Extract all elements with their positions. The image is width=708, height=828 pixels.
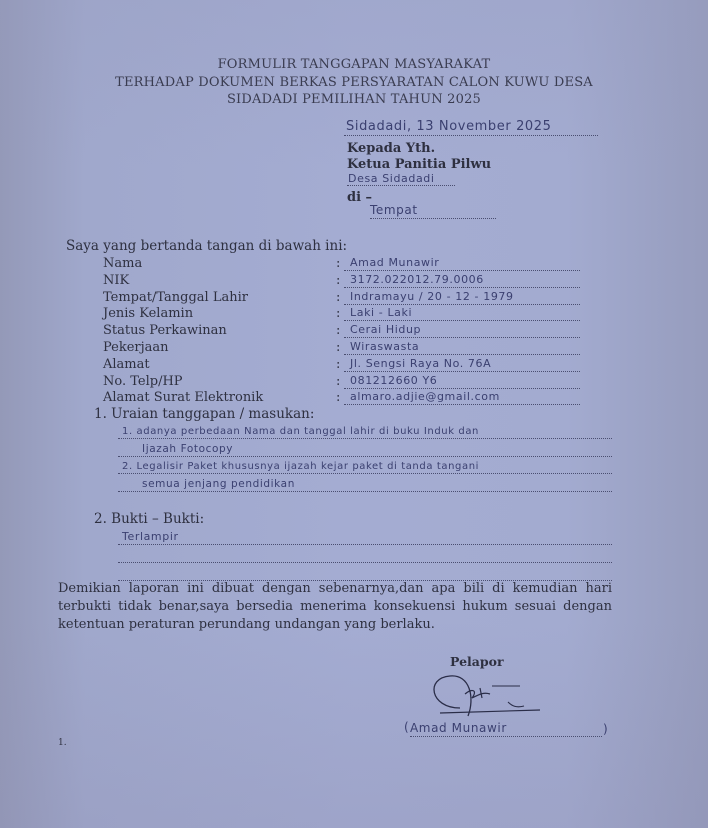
field-value-line: 081212660 Y6 — [344, 373, 580, 389]
field-value-line: almaro.adjie@gmail.com — [344, 389, 580, 405]
evidence-text: Terlampir — [122, 530, 179, 543]
field-label: Nama — [103, 256, 142, 271]
field-value-line: Laki - Laki — [344, 305, 580, 321]
field-value-line: 3172.022012.79.0006 — [344, 272, 580, 288]
bracket-open: ( — [404, 720, 409, 734]
desa-field: Desa Sidadadi — [347, 170, 455, 186]
kepada-label: Kepada Yth. — [347, 141, 435, 156]
field-colon: : — [336, 340, 340, 355]
field-value-line: Wiraswasta — [344, 339, 580, 355]
field-value: Jl. Sengsi Raya No. 76A — [350, 357, 491, 370]
di-label: di – — [347, 190, 372, 205]
page-number: 1. — [58, 738, 67, 748]
response-line: semua jenjang pendidikan — [118, 477, 612, 492]
field-colon: : — [336, 374, 340, 389]
desa-value: Desa Sidadadi — [348, 172, 435, 185]
field-label: NIK — [103, 273, 129, 288]
response-text: 2. Legalisir Paket khususnya ijazah keja… — [122, 461, 479, 472]
field-label: Pekerjaan — [103, 340, 169, 355]
field-value: 3172.022012.79.0006 — [350, 273, 484, 286]
response-line: 2. Legalisir Paket khususnya ijazah keja… — [118, 459, 612, 474]
response-text: semua jenjang pendidikan — [142, 478, 295, 490]
title-line-3: SIDADADI PEMILIHAN TAHUN 2025 — [0, 91, 708, 109]
response-line: 1. adanya perbedaan Nama dan tanggal lah… — [118, 424, 612, 439]
field-label: Status Perkawinan — [103, 323, 227, 338]
field-label: Alamat — [103, 357, 150, 372]
field-value: Wiraswasta — [350, 340, 419, 353]
field-value-line: Amad Munawir — [344, 255, 580, 271]
response-text: Ijazah Fotocopy — [142, 443, 233, 455]
title-line-2: TERHADAP DOKUMEN BERKAS PERSYARATAN CALO… — [0, 74, 708, 92]
field-colon: : — [336, 323, 340, 338]
field-label: Jenis Kelamin — [103, 306, 193, 321]
tempat-field: Tempat — [370, 203, 496, 219]
field-label: Tempat/Tanggal Lahir — [103, 290, 248, 305]
evidence-line — [118, 566, 612, 581]
place-date-field: Sidadadi, 13 November 2025 — [344, 117, 598, 136]
field-colon: : — [336, 256, 340, 271]
section1-heading: 1. Uraian tanggapan / masukan: — [94, 406, 314, 422]
section2-heading: 2. Bukti – Bukti: — [94, 511, 204, 527]
field-colon: : — [336, 273, 340, 288]
field-value-line: Indramayu / 20 - 12 - 1979 — [344, 289, 580, 305]
field-value: 081212660 Y6 — [350, 374, 437, 387]
field-value: Indramayu / 20 - 12 - 1979 — [350, 290, 514, 303]
pelapor-label: Pelapor — [450, 654, 504, 669]
closing-statement: Demikian laporan ini dibuat dengan seben… — [58, 580, 612, 634]
field-colon: : — [336, 306, 340, 321]
field-value: Amad Munawir — [350, 256, 439, 269]
document-title: FORMULIR TANGGAPAN MASYARAKAT TERHADAP D… — [0, 56, 708, 109]
field-colon: : — [336, 357, 340, 372]
signature-name-field: Amad Munawir — [410, 720, 602, 737]
field-label: Alamat Surat Elektronik — [103, 390, 263, 405]
field-value-line: Jl. Sengsi Raya No. 76A — [344, 356, 580, 372]
field-value: Cerai Hidup — [350, 323, 421, 336]
field-value: almaro.adjie@gmail.com — [350, 390, 500, 403]
signature-name: Amad Munawir — [410, 721, 507, 735]
field-label: No. Telp/HP — [103, 374, 183, 389]
field-value-line: Cerai Hidup — [344, 322, 580, 338]
intro-text: Saya yang bertanda tangan di bawah ini: — [66, 238, 347, 254]
field-colon: : — [336, 290, 340, 305]
place-date: Sidadadi, 13 November 2025 — [346, 119, 552, 134]
response-line: Ijazah Fotocopy — [118, 442, 612, 457]
tempat-value: Tempat — [370, 203, 418, 217]
response-text: 1. adanya perbedaan Nama dan tanggal lah… — [122, 426, 479, 437]
evidence-line: Terlampir — [118, 530, 612, 545]
field-colon: : — [336, 390, 340, 405]
bracket-close: ) — [603, 722, 608, 736]
title-line-1: FORMULIR TANGGAPAN MASYARAKAT — [0, 56, 708, 74]
field-value: Laki - Laki — [350, 306, 412, 319]
evidence-line — [118, 548, 612, 563]
